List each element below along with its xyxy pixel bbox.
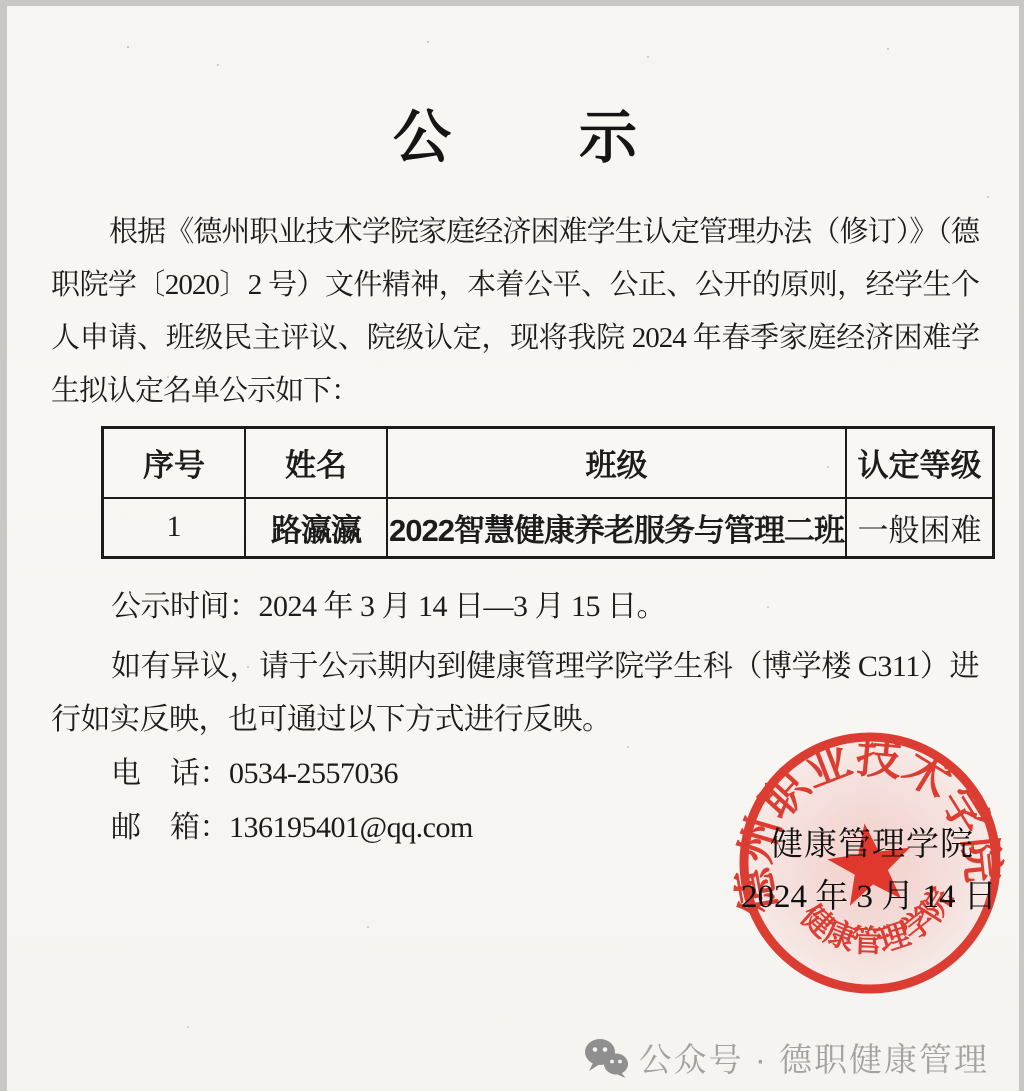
account-watermark: 公众号 · 德职健康管理 [583, 1034, 989, 1081]
table-header-row: 序号 姓名 班级 认定等级 [103, 428, 994, 498]
cell-name: 路瀛瀛 [245, 498, 387, 558]
table-row: 1 路瀛瀛 2022智慧健康养老服务与管理二班 一般困难 [103, 498, 994, 558]
recognition-table: 序号 姓名 班级 认定等级 1 路瀛瀛 2022智慧健康养老服务与管理二班 一般… [101, 426, 995, 559]
signature-date: 2024 年 3 月 14 日 [741, 870, 997, 917]
header-name: 姓名 [245, 428, 387, 498]
title-char-right: 示 [579, 90, 637, 174]
cell-level: 一般困难 [846, 498, 994, 558]
watermark-label: 公众号 · 德职健康管理 [639, 1034, 989, 1081]
header-no: 序号 [103, 428, 246, 498]
cell-no: 1 [103, 498, 246, 558]
title-char-left: 公 [393, 90, 451, 174]
header-level: 认定等级 [846, 428, 994, 498]
publicity-period-line: 公示时间：2024 年 3 月 14 日—3 月 15 日。 [51, 586, 979, 628]
scanned-page: 公 示 根据《德州职业技术学院家庭经济困难学生认定管理办法（修订）》（德职院学〔… [7, 6, 1019, 1091]
page-title: 公 示 [51, 90, 979, 174]
signature-department: 健康管理学院 [770, 818, 974, 865]
intro-paragraph: 根据《德州职业技术学院家庭经济困难学生认定管理办法（修订）》（德职院学〔2020… [51, 206, 979, 418]
cell-class: 2022智慧健康养老服务与管理二班 [387, 498, 846, 558]
header-class: 班级 [387, 428, 846, 498]
wechat-icon [583, 1038, 629, 1078]
